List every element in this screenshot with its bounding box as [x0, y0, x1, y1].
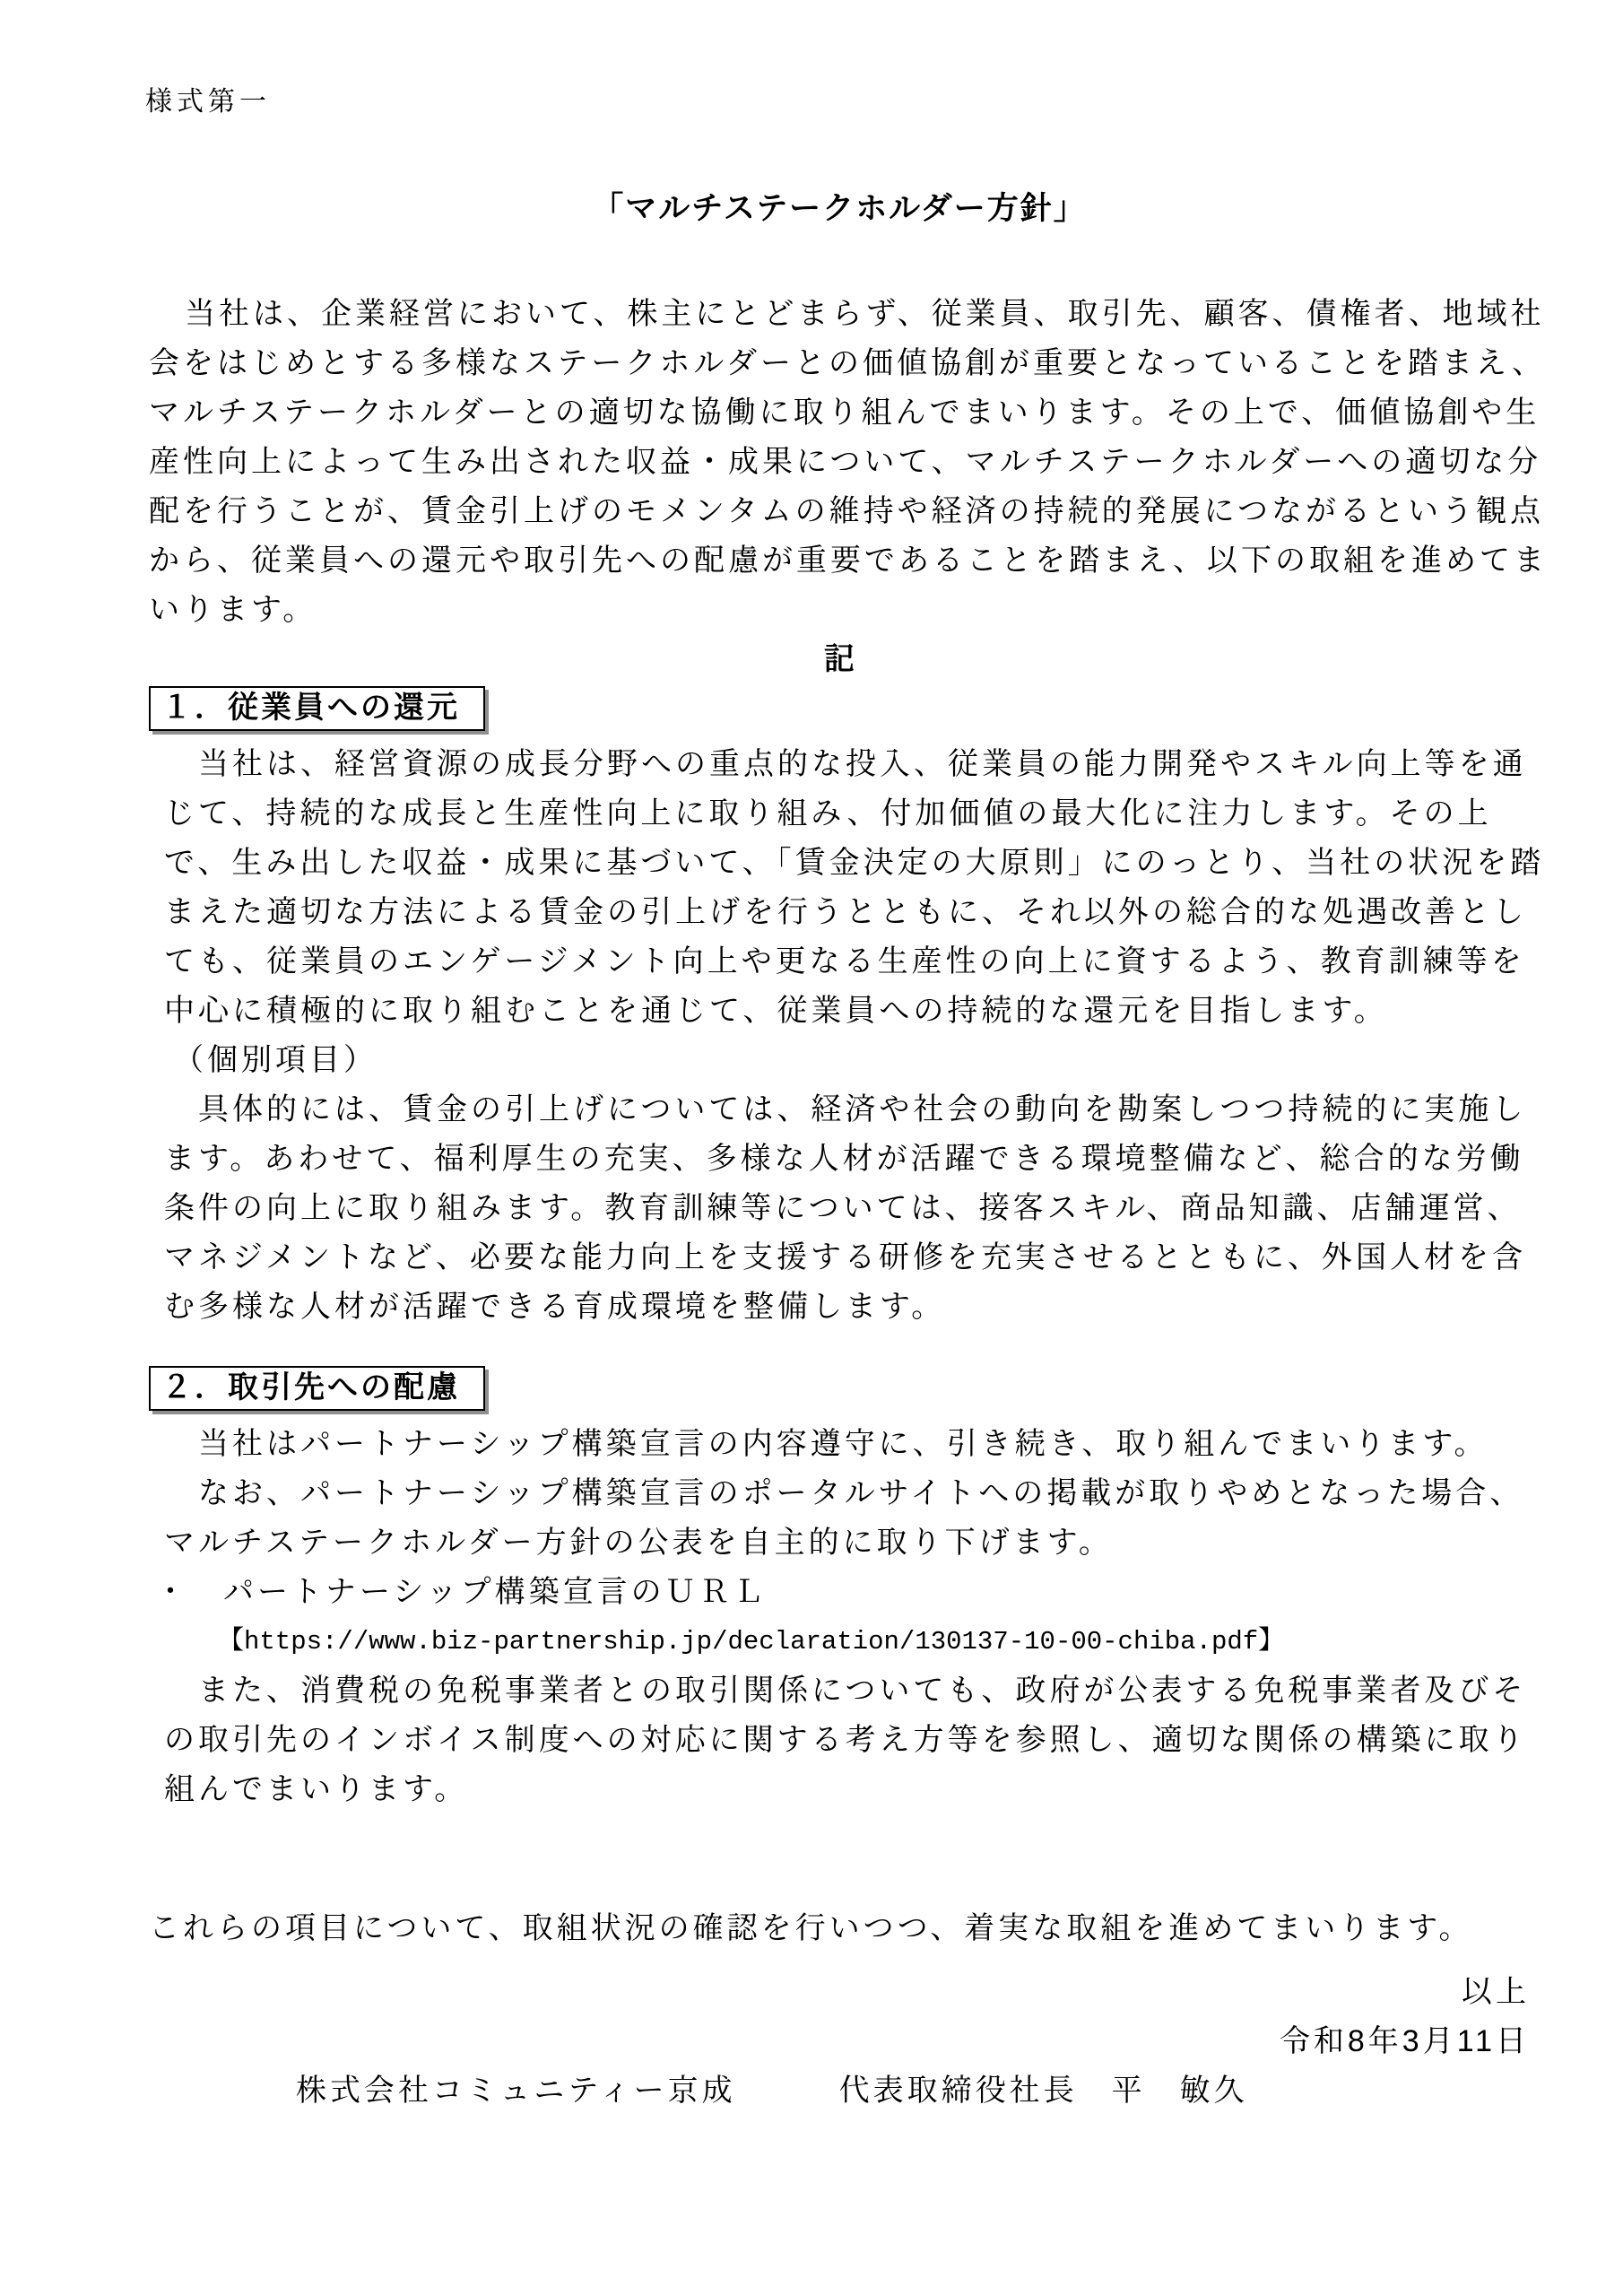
- document-title: 「マルチステークホルダー方針」: [149, 191, 1530, 227]
- body-line: じて、持続的な成長と生産性向上に取り組み、付加価値の最大化に注力します。その上: [164, 789, 1530, 839]
- intro-line: 配を行うことが、賃金引上げのモメンタムの維持や経済の持続的発展につながるという観…: [149, 487, 1530, 536]
- intro-line: マルチステークホルダーとの適切な協働に取り組んでまいります。その上で、価値協創や…: [149, 388, 1530, 438]
- intro-line: から、従業員への還元や取引先への配慮が重要であることを踏まえ、以下の取組を進めて…: [149, 536, 1530, 586]
- end-gap: [149, 1953, 1530, 1968]
- section-1-body: 当社は、経営資源の成長分野への重点的な投入、従業員の能力開発やスキル向上等を通 …: [164, 740, 1530, 1332]
- section-1: １．従業員への還元 当社は、経営資源の成長分野への重点的な投入、従業員の能力開発…: [149, 684, 1530, 1332]
- body-line: 当社はパートナーシップ構築宣言の内容遵守に、引き続き、取り組んでまいります。: [164, 1420, 1530, 1469]
- partnership-url: 【https://www.biz-partnership.jp/declarat…: [218, 1617, 1530, 1666]
- body-line: ます。あわせて、福利厚生の充実、多様な人材が活躍できる環境整備など、総合的な労働: [164, 1135, 1530, 1184]
- intro-line: 当社は、企業経営において、株主にとどまらず、従業員、取引先、顧客、債権者、地域社: [149, 290, 1530, 339]
- body-line: 組んでまいります。: [164, 1765, 1530, 1814]
- closing-line: これらの項目について、取組状況の確認を行いつつ、着実な取組を進めてまいります。: [149, 1904, 1530, 1953]
- body-line: む多様な人材が活躍できる育成環境を整備します。: [164, 1283, 1530, 1332]
- section-1-heading-box: １．従業員への還元: [149, 686, 485, 731]
- body-line: マネジメントなど、必要な能力向上を支援する研修を充実させるとともに、外国人材を含: [164, 1233, 1530, 1283]
- end-mark: 以上: [149, 1968, 1530, 2017]
- body-line: また、消費税の免税事業者との取引関係についても、政府が公表する免税事業者及びそ: [164, 1666, 1530, 1716]
- body-line: 具体的には、賃金の引上げについては、経済や社会の動向を勘案しつつ持続的に実施し: [164, 1085, 1530, 1135]
- body-line: ても、従業員のエンゲージメント向上や更なる生産性の向上に資するよう、教育訓練等を: [164, 937, 1530, 987]
- section-2-heading-box: ２．取引先への配慮: [149, 1366, 485, 1411]
- signature-company: 株式会社コミュニティー京成: [296, 2066, 736, 2116]
- body-line: なお、パートナーシップ構築宣言のポータルサイトへの掲載が取りやめとなった場合、: [164, 1469, 1530, 1518]
- body-line: の取引先のインボイス制度への対応に関する考え方等を参照し、適切な関係の構築に取り: [164, 1716, 1530, 1765]
- record-mark: 記: [149, 635, 1530, 684]
- body-line: マルチステークホルダー方針の公表を自主的に取り下げます。: [164, 1518, 1530, 1568]
- intro-paragraph: 当社は、企業経営において、株主にとどまらず、従業員、取引先、顧客、債権者、地域社…: [149, 290, 1530, 635]
- intro-line: いります。: [149, 586, 1530, 635]
- body-line: 中心に積極的に取り組むことを通じて、従業員への持続的な還元を目指します。: [164, 987, 1530, 1036]
- body-line: 条件の向上に取り組みます。教育訓練等については、接客スキル、商品知識、店舗運営、: [164, 1184, 1530, 1233]
- section-gap: [149, 1332, 1530, 1364]
- subnote-individual-items: （個別項目）: [173, 1036, 1530, 1085]
- body-line: で、生み出した収益・成果に基づいて、「賃金決定の大原則」にのっとり、当社の状況を…: [164, 839, 1530, 888]
- intro-line: 産性向上によって生み出された収益・成果について、マルチステークホルダーへの適切な…: [149, 438, 1530, 487]
- body-line: まえた適切な方法による賃金の引上げを行うとともに、それ以外の総合的な処遇改善とし: [164, 888, 1530, 937]
- form-label: 様式第一: [145, 86, 1530, 135]
- section-2: ２．取引先への配慮 当社はパートナーシップ構築宣言の内容遵守に、引き続き、取り組…: [149, 1364, 1530, 1814]
- partnership-url-bullet: ・ パートナーシップ構築宣言のＵＲＬ: [155, 1568, 1530, 1617]
- body-line: 当社は、経営資源の成長分野への重点的な投入、従業員の能力開発やスキル向上等を通: [164, 740, 1530, 789]
- section-2-body: 当社はパートナーシップ構築宣言の内容遵守に、引き続き、取り組んでまいります。 な…: [164, 1420, 1530, 1814]
- intro-line: 会をはじめとする多様なステークホルダーとの価値協創が重要となっていることを踏まえ…: [149, 339, 1530, 388]
- document-page: 様式第一 「マルチステークホルダー方針」 当社は、企業経営において、株主にとどま…: [0, 0, 1623, 2296]
- document-date: 令和8年3月11日: [149, 2017, 1530, 2066]
- signature-representative: 代表取締役社長 平 敏久: [839, 2066, 1248, 2116]
- signature-row: 株式会社コミュニティー京成 代表取締役社長 平 敏久: [296, 2066, 1530, 2116]
- closing-gap: [149, 1814, 1530, 1904]
